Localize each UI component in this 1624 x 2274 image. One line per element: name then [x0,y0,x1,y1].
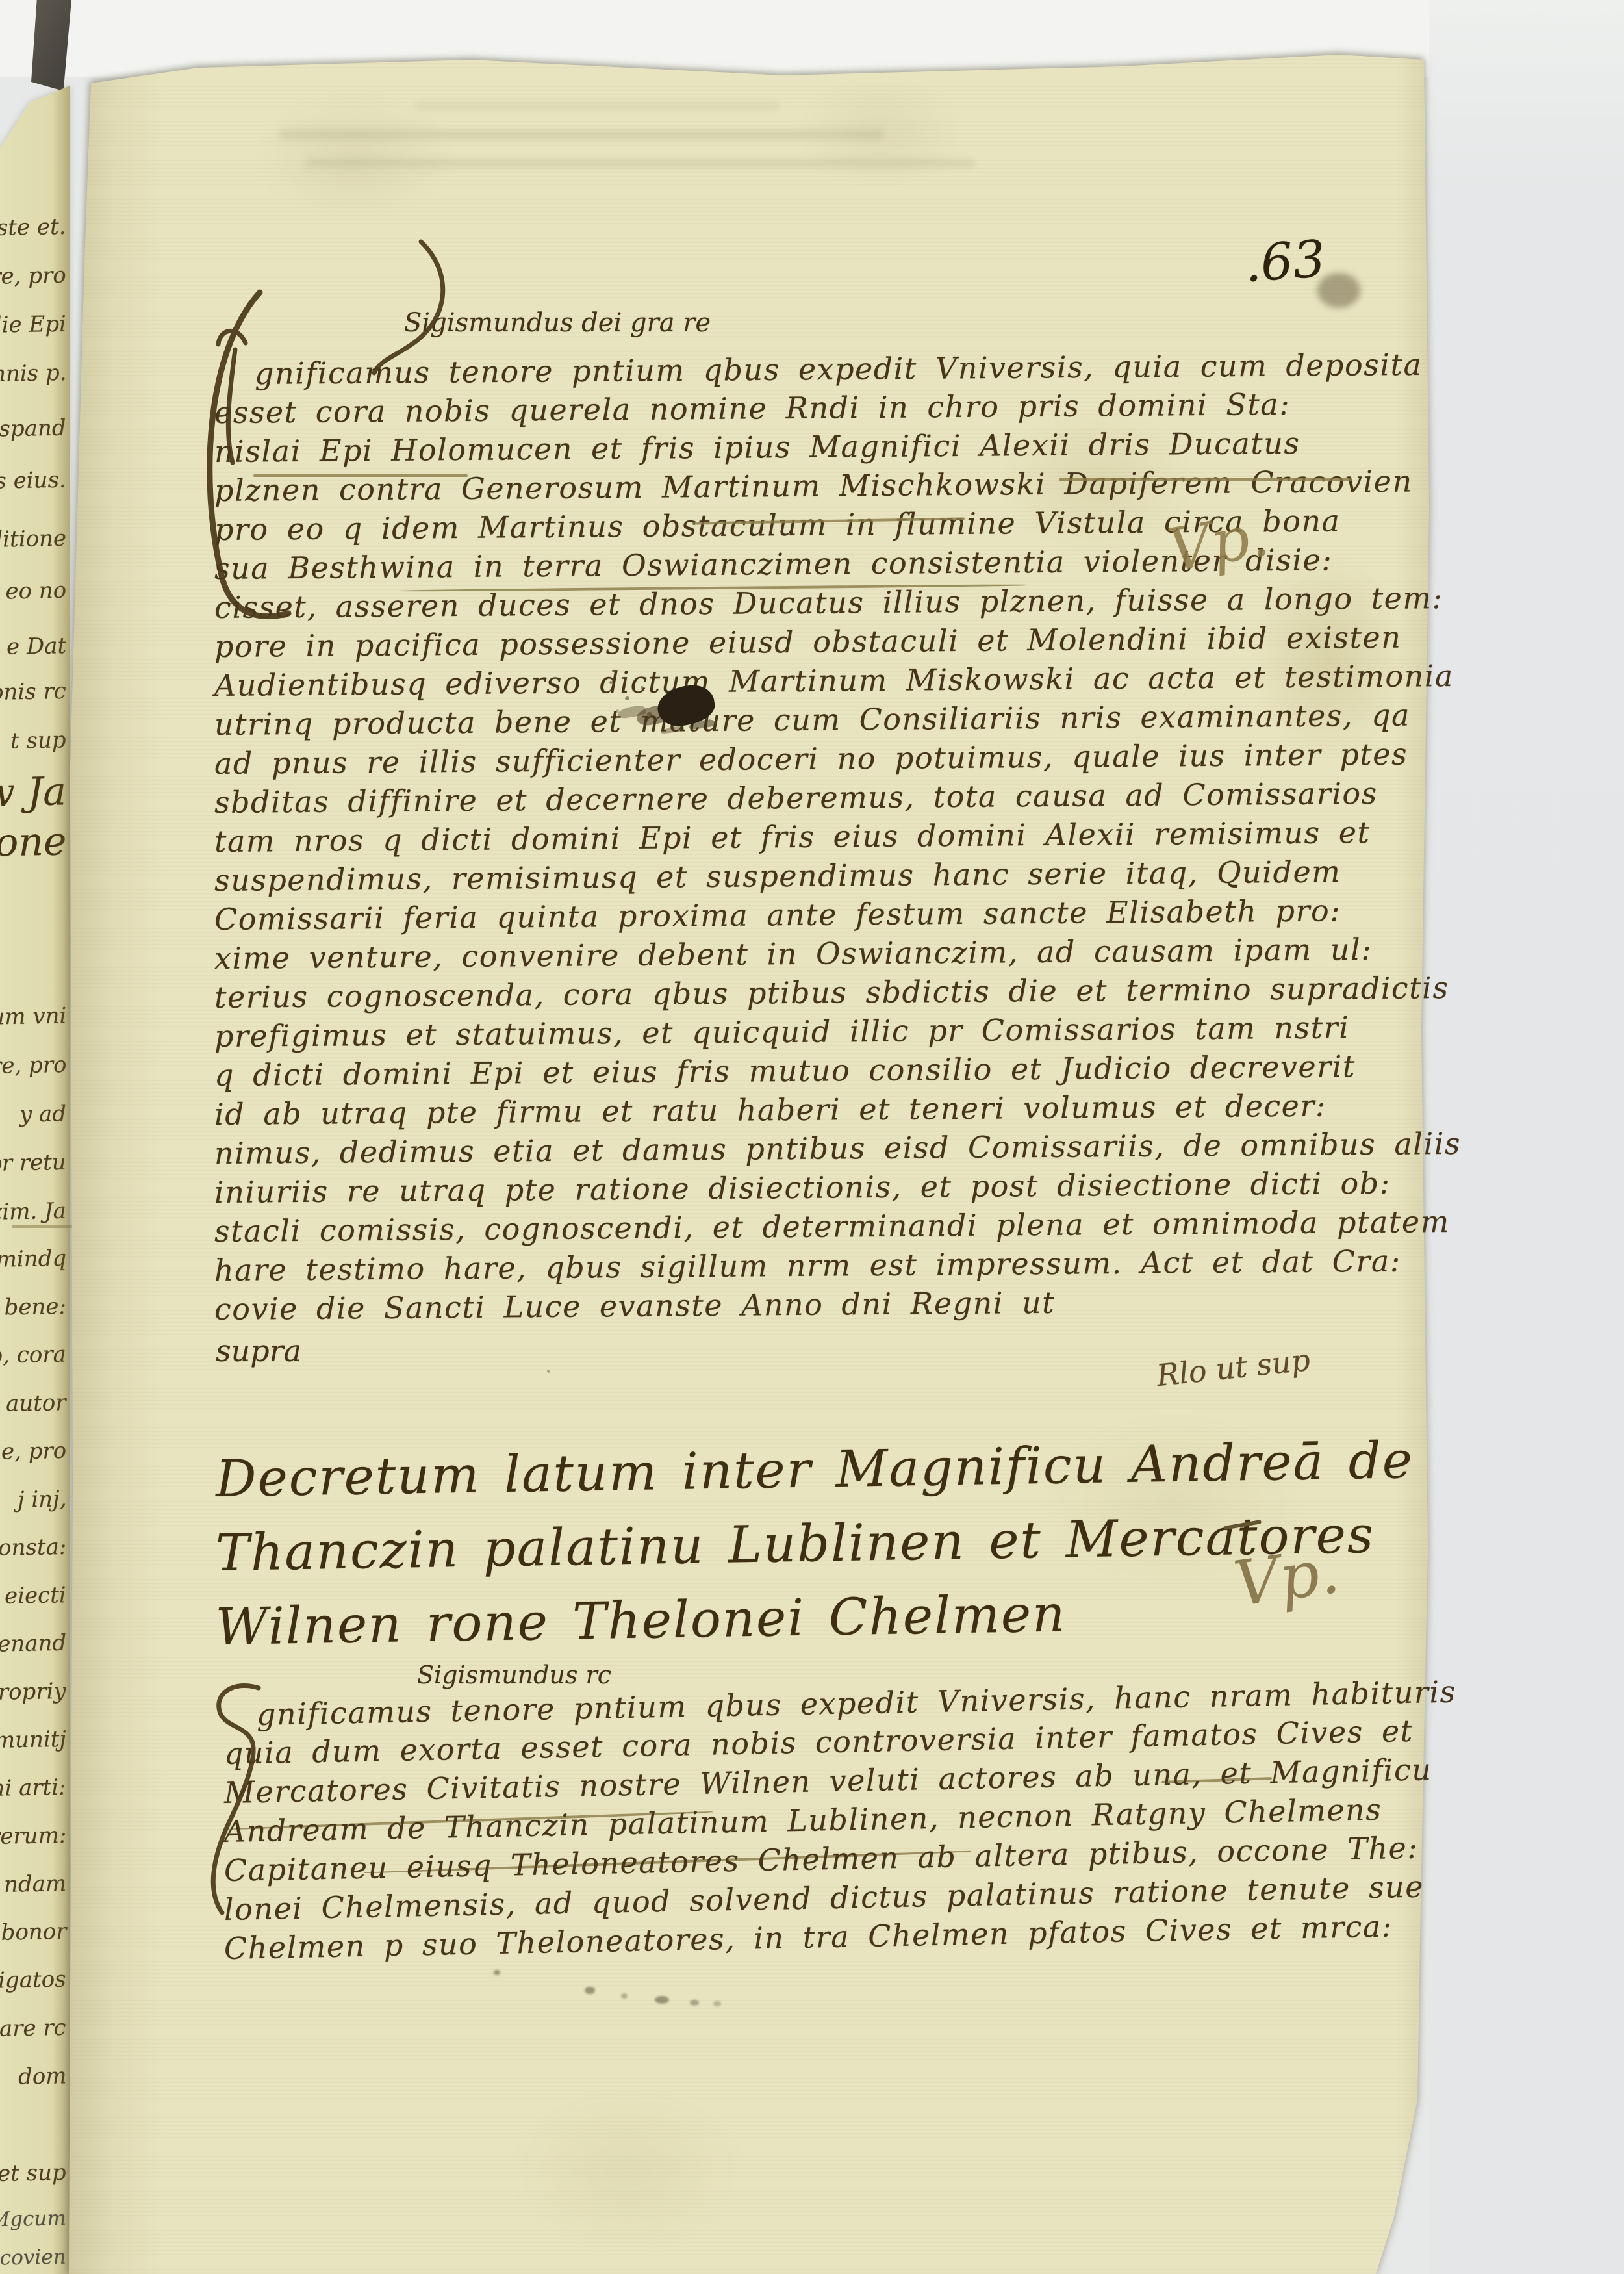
previous-page-text-fragment: autor [6,1390,66,1417]
ink-speck [609,681,613,684]
previous-page-edge: iste et.are, prondie Epinnis p.prospando… [0,77,70,2274]
previous-page-text-fragment: iew Ja [0,769,67,816]
previous-page-text-fragment: pr retu [0,1149,66,1177]
faint-smudge [690,2000,699,2006]
previous-page-text-fragment: ons eius. [0,467,66,495]
faint-smudge [713,2001,721,2006]
previous-page-text-fragment: ndie Epi [0,311,66,339]
previous-page-text-fragment: iste et. [0,214,66,241]
previous-page-text-fragment: ndam [3,1871,66,1898]
binding-strip-top [31,0,71,91]
folio-number: .63 [1243,230,1327,294]
previous-page-text-fragment: re, pro [0,1052,66,1079]
previous-page-text-fragment: t sup [10,727,66,754]
previous-page-text-fragment: ndo, cora [0,1342,66,1370]
previous-page-text-fragment: psone [0,819,67,866]
previous-page-text-fragment: y ad [19,1101,67,1127]
previous-page-text-fragment: are, pro [0,262,66,290]
previous-page-text-fragment: dom [18,2063,66,2089]
previous-page-text-fragment: szim. Ja [0,1198,66,1225]
previous-page-text-fragment: oni arti: [0,1774,66,1802]
ink-smudge [1317,273,1360,308]
previous-page-text-fragment: sditione [0,526,66,553]
previous-page-text-fragment: , mindq [0,1246,66,1273]
previous-page-text-fragment: obligatos [0,1967,66,1995]
previous-page-text-fragment: , bonor [0,1919,66,1946]
previous-page-text-fragment: ne, pro [0,1438,66,1465]
previous-page-text-fragment: j inj, [17,1486,66,1513]
previous-page-text-fragment: terum Cracovien [0,2245,66,2272]
previous-page-text-fragment: , tenand [0,1630,66,1657]
faint-smudge [621,1993,628,1999]
scanned-manuscript: { "page": { "folio_number": ".63", "back… [0,0,1624,2274]
previous-page-text-fragment: b, eo no [0,578,66,605]
show-through-line [279,130,883,139]
previous-page-text-fragment: propriy [0,1678,66,1705]
previous-page-text-fragment: et sup [0,2160,66,2187]
faint-smudge [655,1996,669,2004]
closing-word: supra [216,1333,301,1368]
previous-page-text-fragment: nnis p. [0,360,66,387]
previous-page-text-fragment: prospand [0,415,66,443]
ink-speck [647,712,652,717]
invocation-line-doc2: Sigismundus rc [417,1661,611,1689]
manuscript-line: covie die Sancti Luce evanste Anno dni R… [214,1285,1056,1327]
faint-smudge [585,1987,595,1994]
underline [253,474,468,477]
previous-page-text-fragment: rerum: [0,1822,66,1850]
previous-page-text-fragment: ntium vni [0,1003,66,1031]
show-through-line [305,159,974,168]
underline [1059,478,1352,481]
previous-page-text-fragment: consta: [0,1534,66,1561]
previous-page-text-fragment: q bene: [0,1294,66,1321]
page-fore-edge [69,62,95,2274]
ink-speck [547,1370,550,1373]
faint-smudge [494,1970,500,1975]
previous-page-text-fragment: eiecti [5,1582,66,1609]
previous-page-text-fragment: e Dat [6,633,67,660]
ink-speck [625,696,629,700]
previous-page-text-fragment: hare rc [0,2015,66,2042]
ink-speck [616,709,619,713]
previous-page-text-fragment: m al Mgcum [0,2206,66,2232]
previous-page-text-fragment: imunitj [0,1726,66,1754]
ink-speck [641,686,644,689]
invocation-line-doc1: Sigismundus dei gra re [404,308,711,338]
show-through-line [416,103,780,109]
previous-page-text-fragment: onis rc [0,678,66,706]
